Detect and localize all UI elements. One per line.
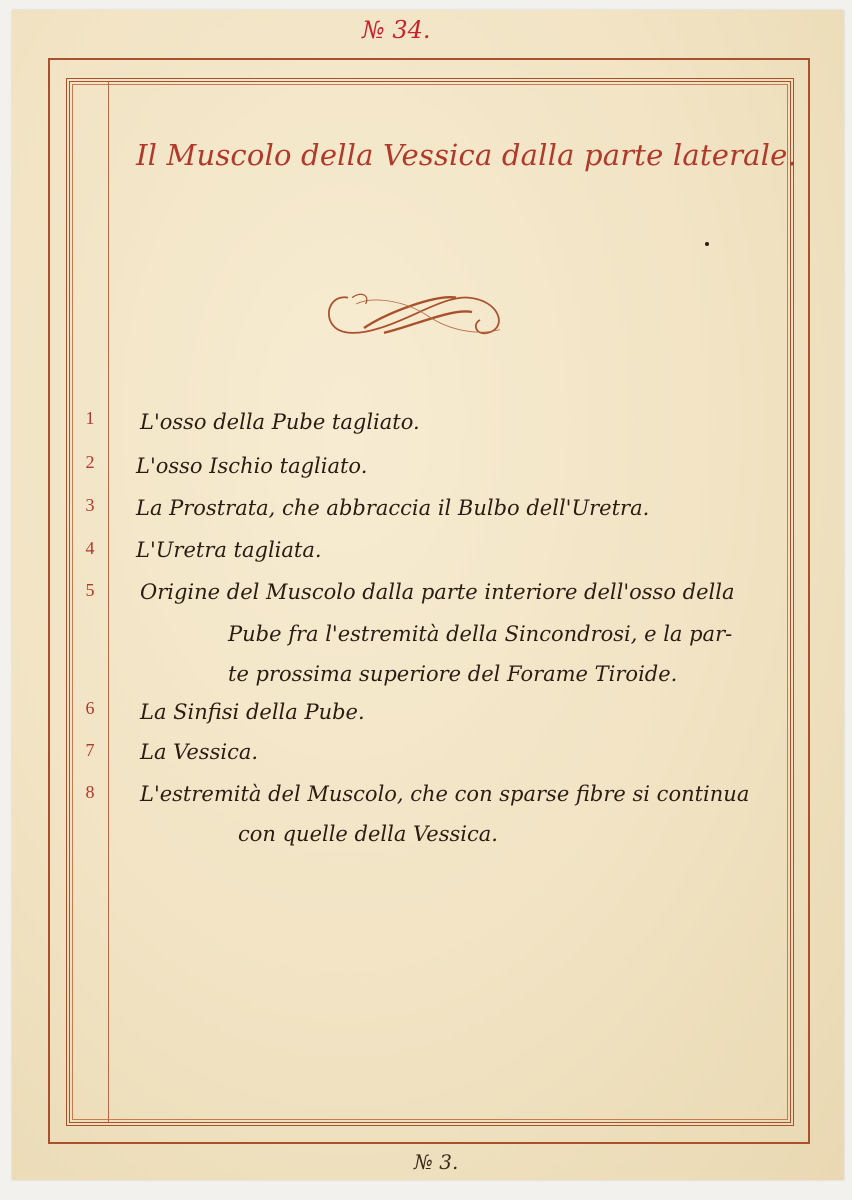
entry-number: 4 (80, 538, 100, 559)
footer-number: № 3. (414, 1150, 458, 1174)
entry-text: L'estremità del Muscolo, che con sparse … (140, 782, 749, 806)
entry-text: La Vessica. (140, 740, 258, 764)
entry-number: 1 (80, 408, 100, 429)
entry-text: L'Uretra tagliata. (136, 538, 322, 562)
entry-text-continuation: Pube fra l'estremità della Sincondrosi, … (228, 622, 732, 646)
entry-text: L'osso Ischio tagliato. (136, 454, 367, 478)
entry-number: 5 (80, 580, 100, 601)
numbering-margin-rule (108, 82, 109, 1122)
entry-text: La Prostrata, che abbraccia il Bulbo del… (136, 496, 649, 520)
page-title: Il Muscolo della Vessica dalla parte lat… (136, 138, 776, 172)
manuscript-page: № 34. Il Muscolo della Vessica dalla par… (12, 10, 844, 1180)
entry-text: La Sinfisi della Pube. (140, 700, 365, 724)
entry-text: Origine del Muscolo dalla parte interior… (140, 580, 734, 604)
entry-number: 8 (80, 782, 100, 803)
plate-number: № 34. (362, 16, 431, 44)
entry-text: L'osso della Pube tagliato. (140, 410, 420, 434)
entry-text-continuation: te prossima superiore del Forame Tiroide… (228, 662, 677, 686)
entry-number: 2 (80, 452, 100, 473)
calligraphic-flourish-ornament (300, 280, 540, 344)
entry-number: 6 (80, 698, 100, 719)
ink-spot (705, 242, 709, 246)
entry-text-continuation: con quelle della Vessica. (238, 822, 498, 846)
entry-number: 3 (80, 495, 100, 516)
entry-number: 7 (80, 740, 100, 761)
